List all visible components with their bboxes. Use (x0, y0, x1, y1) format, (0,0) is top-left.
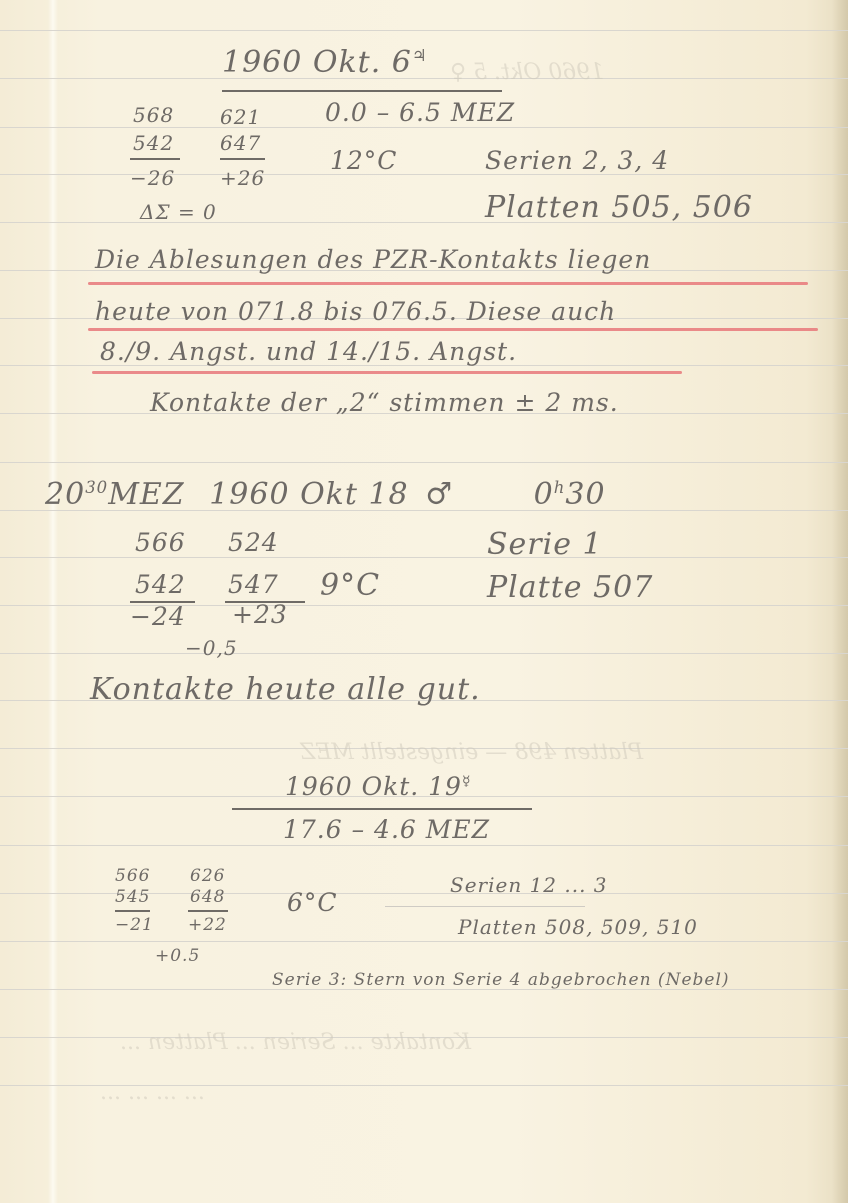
note-line: Kontakte der „2“ stimmen ± 2 ms. (150, 388, 619, 417)
note-line: Die Ablesungen des PZR-Kontakts liegen (95, 245, 651, 274)
ruled-line (0, 653, 848, 654)
observation-time: 0.0 – 6.5 MEZ (325, 98, 515, 127)
entry-date-heading: 1960 Okt. 6♃ (222, 45, 428, 80)
delta-sum: +0.5 (155, 946, 200, 966)
red-underline (88, 282, 808, 285)
ruled-line (0, 127, 848, 128)
plates-list: Platten 505, 506 (485, 190, 753, 225)
temperature: 9°C (320, 568, 380, 603)
ruled-line (0, 605, 848, 606)
faint-rule (385, 906, 585, 907)
ruled-line (0, 845, 848, 846)
calc-a-top: 566 (135, 528, 186, 557)
calc-b-mid: 547 (228, 570, 279, 599)
red-underline (88, 328, 818, 331)
calc-a-top: 566 (115, 866, 150, 886)
entry-date-heading: 1960 Okt. 19☿ (285, 772, 471, 801)
temperature: 6°C (287, 888, 338, 917)
calc-b-top: 626 (190, 866, 225, 886)
plate-label: Platte 507 (487, 570, 653, 605)
calc-a-result: −24 (130, 602, 186, 631)
series-label: Serie 1 (487, 527, 603, 562)
ruled-line (0, 557, 848, 558)
temperature: 12°C (330, 146, 397, 175)
entry-date-heading: 2030MEZ 1960 Okt 18 ♂ 0h30 (45, 477, 606, 512)
show-through-text: Platten 498 — eingestellt MEZ (300, 740, 643, 765)
margin-fold (48, 0, 58, 1203)
notebook-page: 1960 Okt. 5 ♀ Platten 498 — eingestellt … (0, 0, 848, 1203)
calc-b-sum-line (188, 910, 228, 912)
calc-b-mid: 648 (190, 887, 225, 907)
ruled-line (0, 174, 848, 175)
calc-b-sum-line (220, 158, 265, 160)
observation-time: 17.6 – 4.6 MEZ (283, 815, 490, 844)
remark: Serie 3: Stern von Serie 4 abgebrochen (… (272, 970, 730, 990)
page-edge (832, 0, 848, 1203)
calc-a-result: −21 (115, 915, 154, 935)
note-line: Kontakte heute alle gut. (90, 672, 481, 707)
ruled-line (0, 462, 848, 463)
calc-b-top: 621 (220, 105, 261, 129)
heading-underline (232, 808, 532, 810)
plates-list: Platten 508, 509, 510 (458, 915, 698, 939)
calc-b-result: +26 (220, 166, 265, 190)
weekday-symbol: ♃ (412, 46, 428, 65)
ruled-line (0, 30, 848, 31)
show-through-text: 1960 Okt. 5 ♀ (450, 60, 604, 85)
note-line: heute von 071.8 bis 076.5. Diese auch (95, 297, 616, 326)
calc-a-mid: 545 (115, 887, 150, 907)
weekday-symbol: ♂ (425, 477, 453, 512)
weekday-symbol: ☿ (462, 774, 471, 790)
calc-b-top: 524 (228, 528, 279, 557)
calc-a-sum-line (130, 158, 180, 160)
delta-sum: −0,5 (185, 636, 238, 660)
calc-b-result: +23 (232, 600, 288, 629)
note-line: 8./9. Angst. und 14./15. Angst. (100, 337, 517, 366)
show-through-text: Kontakte ... Serien ... Platten ... (120, 1030, 471, 1055)
series-list: Serien 2, 3, 4 (485, 146, 669, 175)
delta-sum: ΔΣ = 0 (140, 200, 217, 224)
calc-a-sum-line (115, 910, 150, 912)
red-underline (92, 371, 682, 374)
calc-b-mid: 647 (220, 131, 261, 155)
calc-a-result: −26 (130, 166, 175, 190)
ruled-line (0, 941, 848, 942)
calc-a-top: 568 (133, 103, 174, 127)
show-through-text: ... ... ... ... (100, 1080, 205, 1105)
heading-underline (222, 90, 502, 92)
calc-b-result: +22 (188, 915, 227, 935)
series-list: Serien 12 ... 3 (450, 873, 608, 897)
calc-a-mid: 542 (135, 570, 186, 599)
calc-a-mid: 542 (133, 131, 174, 155)
